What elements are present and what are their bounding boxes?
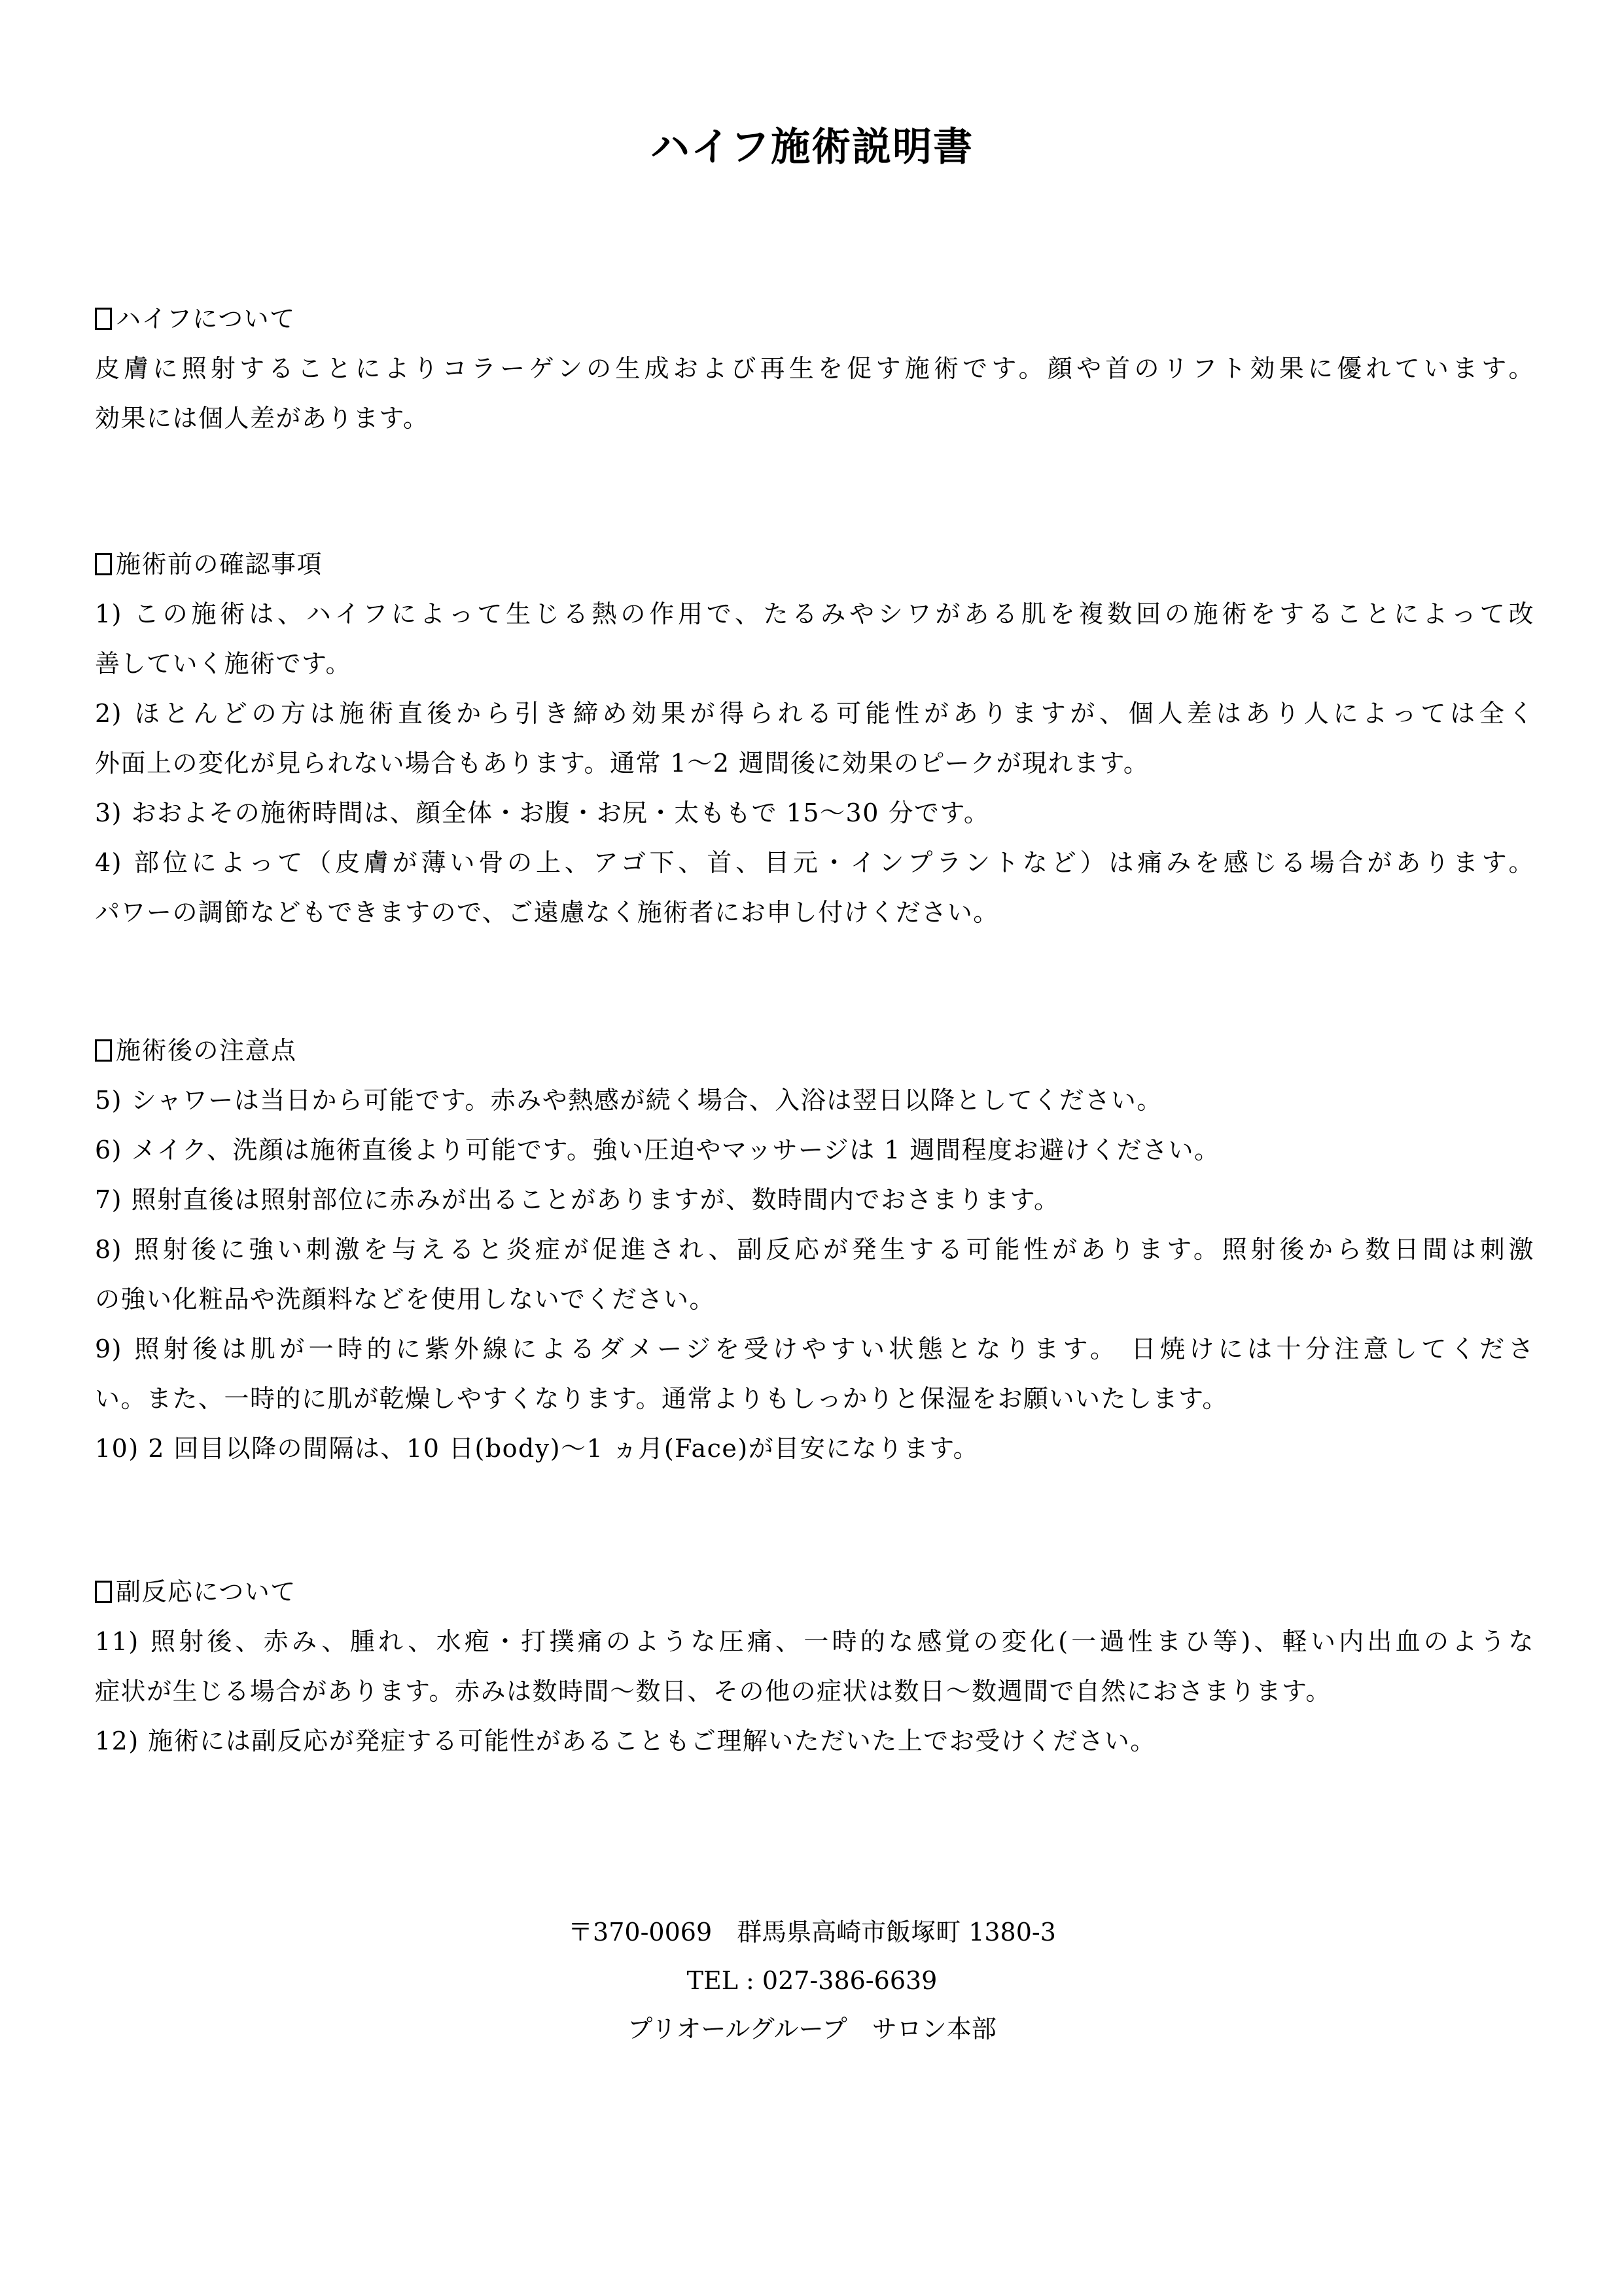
list-item-line: 8) 照射後に強い刺激を与えると炎症が促進され、副反応が発生する可能性があります… [95,1225,1534,1274]
list-item-line: 3) おおよその施術時間は、顔全体・お腹・お尻・太ももで 15〜30 分です。 [95,788,1534,838]
list-item-line: の強い化粧品や洗顔料などを使用しないでください。 [95,1274,1534,1324]
list-item-line: 2) ほとんどの方は施術直後から引き締め効果が得られる可能性がありますが、個人差… [95,689,1534,738]
section-heading: 副反応について [95,1567,1534,1617]
contact-footer: 〒370-0069 群馬県高崎市飯塚町 1380-3 TEL : 027-386… [0,1908,1624,2053]
list-item-line: 外面上の変化が見られない場合もあります。通常 1〜2 週間後に効果のピークが現れ… [95,738,1534,788]
paragraph-line: 皮膚に照射することによりコラーゲンの生成および再生を促す施術です。顔や首のリフト… [95,344,1534,393]
list-item-line: 善していく施術です。 [95,639,1534,689]
section-side-effects: 副反応について 11) 照射後、赤み、腫れ、水疱・打撲痛のような圧痛、一時的な感… [95,1567,1534,1766]
footer-tel: TEL : 027-386-6639 [0,1956,1624,2005]
section-pre-treatment: 施術前の確認事項 1) この施術は、ハイフによって生じる熱の作用で、たるみやシワ… [95,539,1534,937]
section-heading: 施術前の確認事項 [95,539,1534,589]
paragraph-line: 効果には個人差があります。 [95,393,1534,443]
list-item-line: 10) 2 回目以降の間隔は、10 日(body)〜1 ヵ月(Face)が目安に… [95,1424,1534,1473]
list-item-line: 症状が生じる場合があります。赤みは数時間〜数日、その他の症状は数日〜数週間で自然… [95,1666,1534,1716]
list-item-line: 7) 照射直後は照射部位に赤みが出ることがありますが、数時間内でおさまります。 [95,1175,1534,1225]
list-item-line: 5) シャワーは当日から可能です。赤みや熱感が続く場合、入浴は翌日以降としてくだ… [95,1075,1534,1125]
checkbox-icon [95,1039,112,1062]
checkbox-icon [95,308,112,330]
document-title: ハイフ施術説明書 [0,121,1624,173]
list-item-line: 1) この施術は、ハイフによって生じる熱の作用で、たるみやシワがある肌を複数回の… [95,589,1534,639]
footer-organization: プリオールグループ サロン本部 [0,2005,1624,2053]
section-heading-text: 副反応について [116,1577,296,1606]
section-heading: 施術後の注意点 [95,1026,1534,1075]
section-heading-text: ハイフについて [116,304,296,333]
list-item-line: 6) メイク、洗顔は施術直後より可能です。強い圧迫やマッサージは 1 週間程度お… [95,1125,1534,1175]
list-item-line: 12) 施術には副反応が発症する可能性があることもご理解いただいた上でお受けくだ… [95,1716,1534,1766]
footer-address: 〒370-0069 群馬県高崎市飯塚町 1380-3 [0,1908,1624,1956]
section-heading-text: 施術後の注意点 [116,1036,297,1065]
list-item-line: 9) 照射後は肌が一時的に紫外線によるダメージを受けやすい状態となります。 日焼… [95,1324,1534,1374]
list-item-line: 11) 照射後、赤み、腫れ、水疱・打撲痛のような圧痛、一時的な感覚の変化(一過性… [95,1617,1534,1666]
section-heading-text: 施術前の確認事項 [116,550,323,579]
section-about-hifu: ハイフについて 皮膚に照射することによりコラーゲンの生成および再生を促す施術です… [95,294,1534,443]
section-post-treatment: 施術後の注意点 5) シャワーは当日から可能です。赤みや熱感が続く場合、入浴は翌… [95,1026,1534,1473]
list-item-line: 4) 部位によって（皮膚が薄い骨の上、アゴ下、首、目元・インプラントなど）は痛み… [95,838,1534,888]
checkbox-icon [95,553,112,575]
checkbox-icon [95,1581,112,1603]
list-item-line: い。また、一時的に肌が乾燥しやすくなります。通常よりもしっかりと保湿をお願いいた… [95,1374,1534,1424]
list-item-line: パワーの調節などもできますので、ご遠慮なく施術者にお申し付けください。 [95,888,1534,937]
section-heading: ハイフについて [95,294,1534,344]
